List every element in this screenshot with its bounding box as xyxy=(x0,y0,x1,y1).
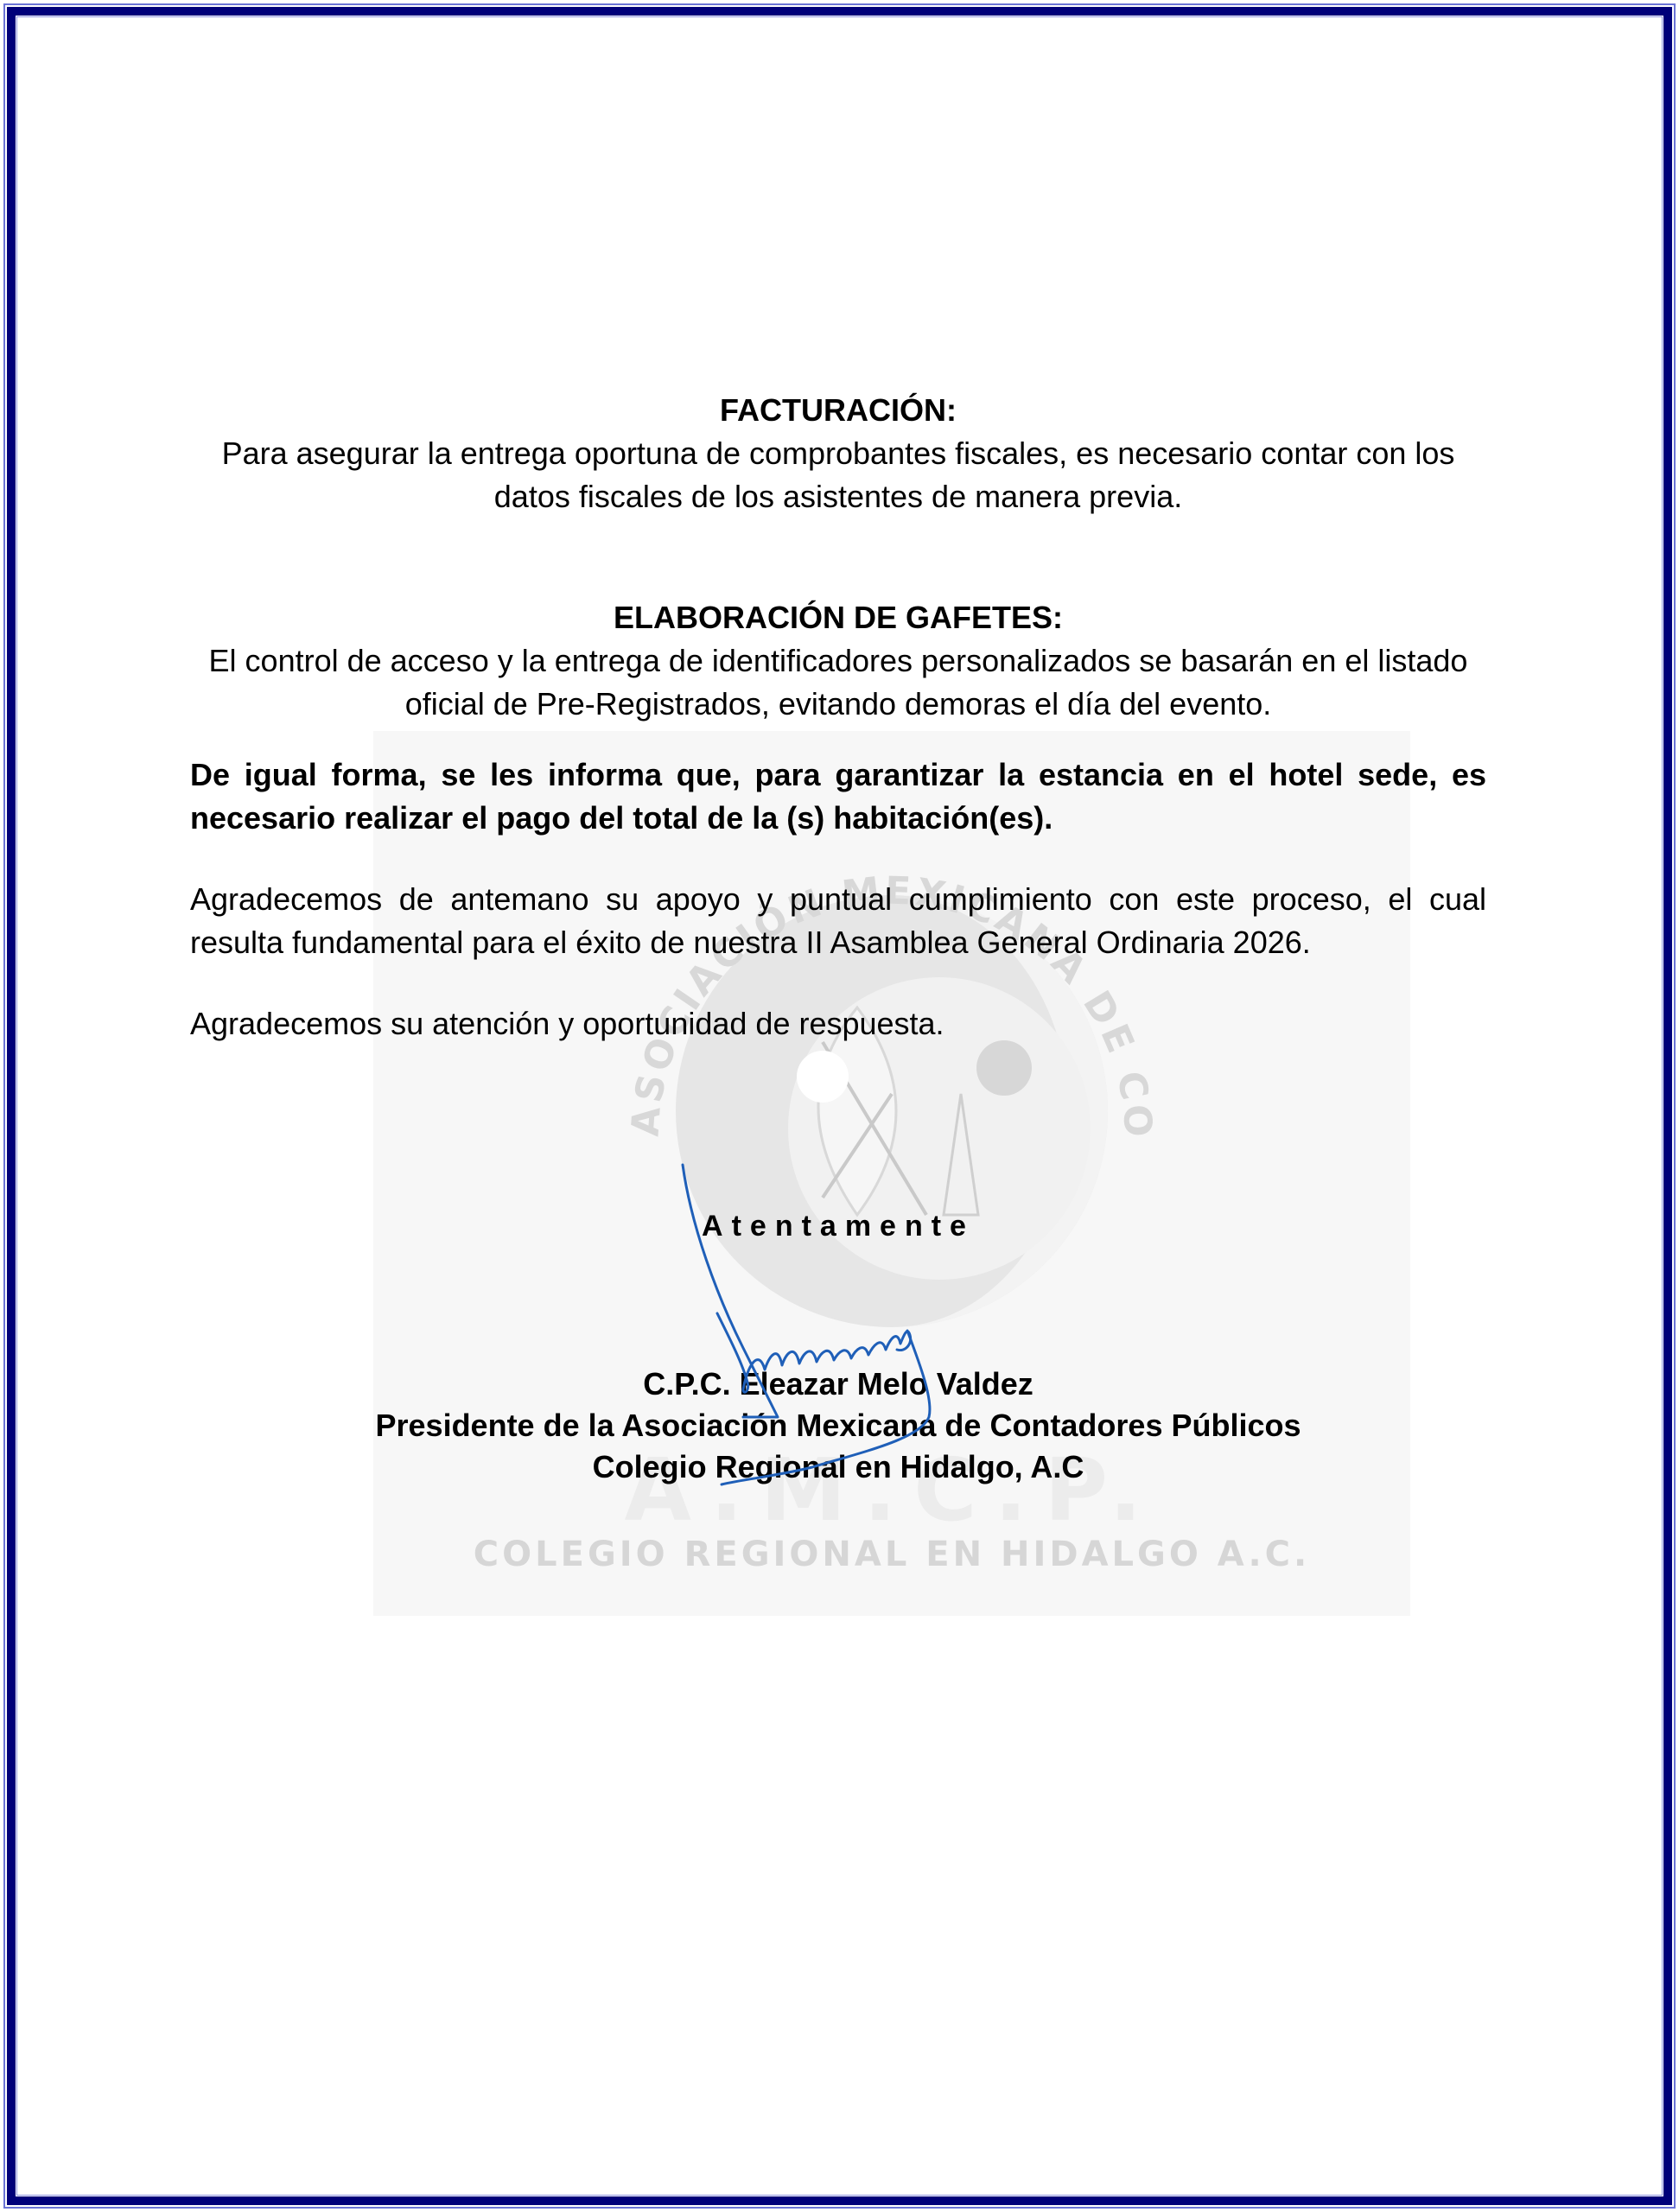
section-heading-gafetes: ELABORACIÓN DE GAFETES: xyxy=(190,596,1486,639)
section-heading-facturacion: FACTURACIÓN: xyxy=(190,389,1486,432)
section-body-facturacion: Para asegurar la entrega oportuna de com… xyxy=(190,432,1486,518)
thanks-support-paragraph: Agradecemos de antemano su apoyo y puntu… xyxy=(190,878,1486,964)
section-gafetes: ELABORACIÓN DE GAFETES: El control de ac… xyxy=(190,596,1486,726)
section-body-gafetes: El control de acceso y la entrega de ide… xyxy=(190,639,1486,726)
watermark-bottom-text: COLEGIO REGIONAL EN HIDALGO A.C. xyxy=(373,1535,1410,1574)
thanks-attention-paragraph: Agradecemos su atención y oportunidad de… xyxy=(190,1002,1486,1046)
hotel-payment-notice: De igual forma, se les informa que, para… xyxy=(190,753,1486,840)
section-facturacion: FACTURACIÓN: Para asegurar la entrega op… xyxy=(190,389,1486,518)
handwritten-signature-icon xyxy=(484,1158,968,1486)
